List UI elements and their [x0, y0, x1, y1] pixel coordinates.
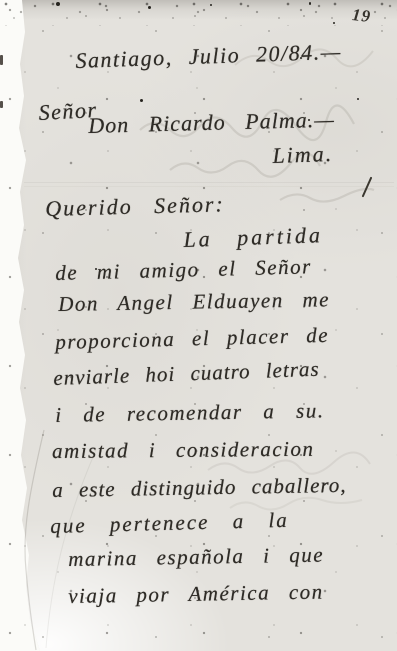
letter-body-line: viaja por América con — [68, 580, 324, 609]
fold-crease — [24, 182, 394, 183]
page-number: 19 — [351, 5, 372, 27]
fold-crease — [24, 186, 394, 187]
letter-recipient-line: Lima. — [272, 141, 334, 169]
letter-scan: 19 Santiago, Julio 20/84.— Señor Don Ric… — [0, 0, 397, 651]
letter-body-line: a este distinguido caballero, — [52, 473, 347, 503]
letter-salutation: Querido Señor: — [45, 191, 225, 222]
letter-body-line: marina española i que — [68, 543, 324, 572]
margin-mark — [0, 101, 3, 108]
letter-body-line: La partida — [183, 222, 323, 253]
letter-body-line: amistad i consideracion — [52, 437, 315, 464]
letter-body-line: Don Angel Elduayen me — [58, 287, 330, 317]
letter-body-line: i de recomendar a su. — [55, 398, 325, 428]
margin-mark — [0, 55, 3, 65]
